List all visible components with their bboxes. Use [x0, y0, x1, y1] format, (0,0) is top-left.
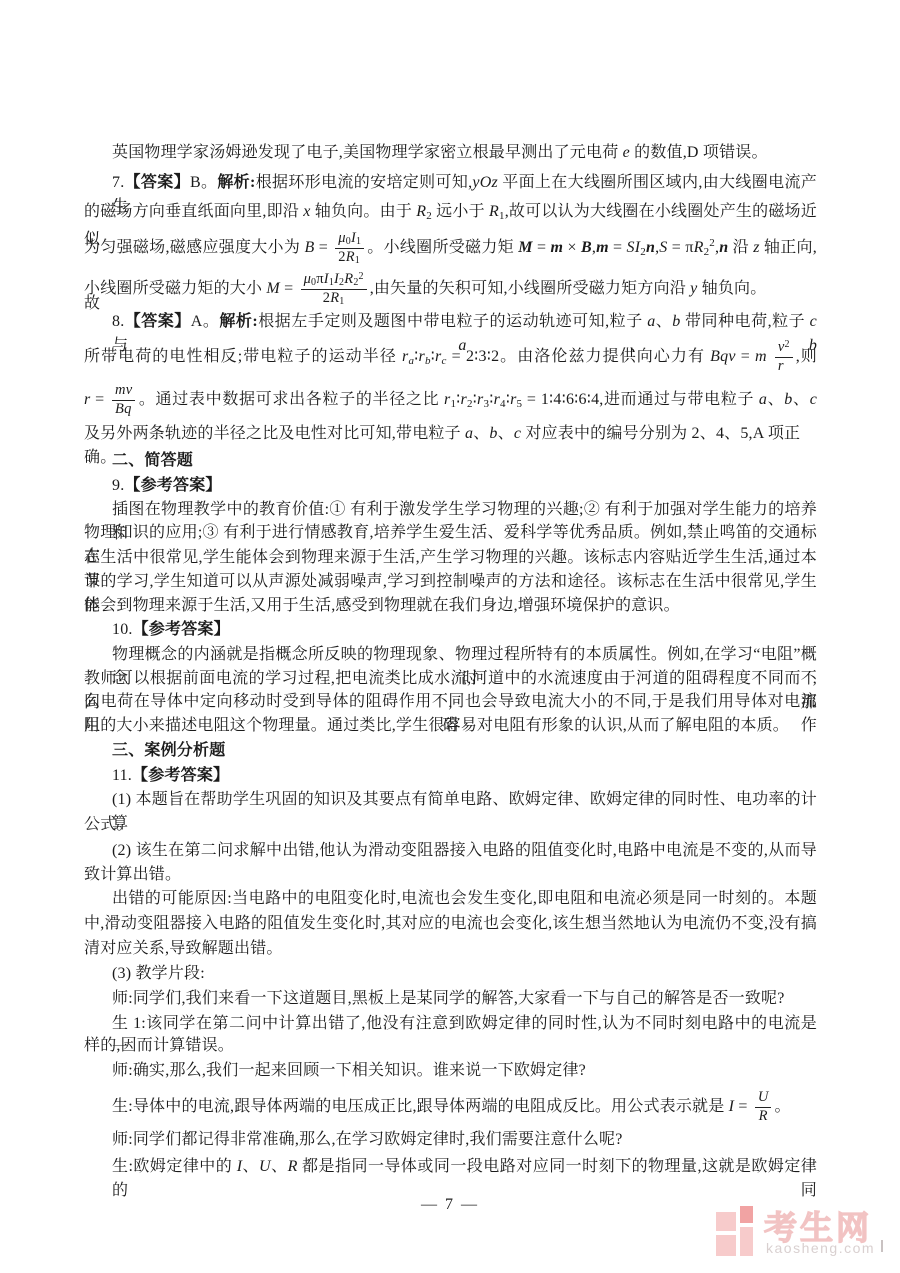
document-page: 英国物理学家汤姆逊发现了电子,美国物理学家密立根最早测出了元电荷 e 的数值,D…: [0, 0, 900, 1273]
text-line: (2) 该生在第二问求解中出错,他认为滑动变阻器接入电路的阻值变化时,电路中电流…: [84, 839, 817, 863]
text-line: 物理知识的应用;③ 有利于进行情感教育,培养学生爱生活、爱科学等优秀品质。例如,…: [84, 521, 817, 545]
text-line: 师:同学们,我们来看一下这道题目,黑板上是某同学的解答,大家看一下与自己的解答是…: [84, 987, 817, 1011]
kaosheng-watermark: 考生网 kaosheng.com: [714, 1202, 900, 1260]
text-line: 生:欧姆定律中的 I、U、R 都是指同一导体或同一段电路对应同一时刻下的物理量,…: [84, 1155, 817, 1179]
text-line: 英国物理学家汤姆逊发现了电子,美国物理学家密立根最早测出了元电荷 e 的数值,D…: [84, 141, 817, 165]
text-line: 9.【参考答案】: [84, 474, 817, 498]
logo-block: [740, 1206, 753, 1223]
text-line: 样的,因而计算错误。: [84, 1034, 817, 1058]
scan-edge-mark: [881, 1240, 883, 1252]
logo-block: [716, 1235, 736, 1256]
inline-fraction: v2r: [775, 339, 793, 375]
logo-block: [716, 1212, 736, 1231]
text-line: 11.【参考答案】: [84, 764, 817, 788]
text-line: 师:确实,那么,我们一起来回顾一下相关知识。谁来说一下欧姆定律?: [84, 1059, 817, 1083]
text-line: 7.【答案】B。解析:根据环形电流的安培定则可知,yOz 平面上在大线圈所围区域…: [84, 171, 817, 195]
text-line: 课的学习,学生知道可以从声源处减弱噪声,学习到控制噪声的方法和途径。该标志在生活…: [84, 570, 817, 594]
text-line: 么电荷在导体中定向移动时受到导体的阻碍作用不同也会导致电流大小的不同,于是我们用…: [84, 690, 817, 714]
text-line: 小线圈所受磁力矩的大小 M = μ0πI1I2R222R1,由矢量的矢积可知,小…: [84, 263, 817, 315]
text-line: 10.【参考答案】: [84, 618, 817, 642]
text-line: 致计算出错。: [84, 863, 817, 887]
text-line: 教师可以根据前面电流的学习过程,把电流类比成水流,河道中的水流速度由于河道的阻碍…: [84, 667, 817, 691]
text-line: 在生活中很常见,学生能体会到物理来源于生活,产生学习物理的兴趣。该标志内容贴近学…: [84, 546, 817, 570]
text-line: 生 1:该同学在第二问中计算出错了,他没有注意到欧姆定律的同时性,认为不同时刻电…: [84, 1012, 817, 1036]
text-line: 物理概念的内涵就是指概念所反映的物理现象、物理过程所特有的本质属性。例如,在学习…: [84, 643, 817, 667]
text-line: 为匀强磁场,磁感应强度大小为 B = μ0I12R1。小线圈所受磁力矩 M = …: [84, 217, 817, 269]
text-line: 中,滑动变阻器接入电路的阻值发生变化时,其对应的电流也会变化,该生想当然地认为电…: [84, 912, 817, 936]
text-line: 体会到物理来源于生活,又用于生活,感受到物理就在我们身边,增强环境保护的意识。: [84, 594, 817, 618]
inline-fraction: UR: [755, 1089, 772, 1125]
text-line: 三、案例分析题: [84, 739, 817, 763]
inline-fraction: μ0I12R1: [335, 230, 364, 267]
text-line: 公式。: [84, 813, 817, 837]
text-line: r = mvBq。通过表中数据可求出各粒子的半径之比 r1∶r2∶r3∶r4∶r…: [84, 374, 817, 426]
text-line: 二、简答题: [84, 449, 817, 473]
text-line: 师:同学们都记得非常准确,那么,在学习欧姆定律时,我们需要注意什么呢?: [84, 1128, 817, 1152]
kaosheng-logo-icon: [716, 1206, 756, 1256]
watermark-domain-text: kaosheng.com: [766, 1240, 875, 1256]
text-line: 生:导体中的电流,跟导体两端的电压成正比,跟导体两端的电阻成反比。用公式表示就是…: [84, 1081, 817, 1133]
text-line: 插图在物理教学中的教育价值:① 有利于激发学生学习物理的兴趣;② 有利于加强对学…: [84, 498, 817, 522]
text-line: 出错的可能原因:当电路中的电阻变化时,电流也会发生变化,即电阻和电流必须是同一时…: [84, 887, 817, 911]
text-line: (1) 本题旨在帮助学生巩固的知识及其要点有简单电路、欧姆定律、欧姆定律的同时性…: [84, 788, 817, 812]
text-line: 清对应关系,导致解题出错。: [84, 937, 817, 961]
text-line: (3) 教学片段:: [84, 962, 817, 986]
text-line: 及另外两条轨迹的半径之比及电性对比可知,带电粒子 a、b、c 对应表中的编号分别…: [84, 422, 817, 446]
inline-fraction: mvBq: [112, 382, 135, 418]
inline-fraction: μ0πI1I2R222R1: [301, 271, 367, 308]
logo-block: [740, 1227, 753, 1256]
text-line: 用的大小来描述电阻这个物理量。通过类比,学生很容易对电阻有形象的认识,从而了解电…: [84, 714, 817, 738]
